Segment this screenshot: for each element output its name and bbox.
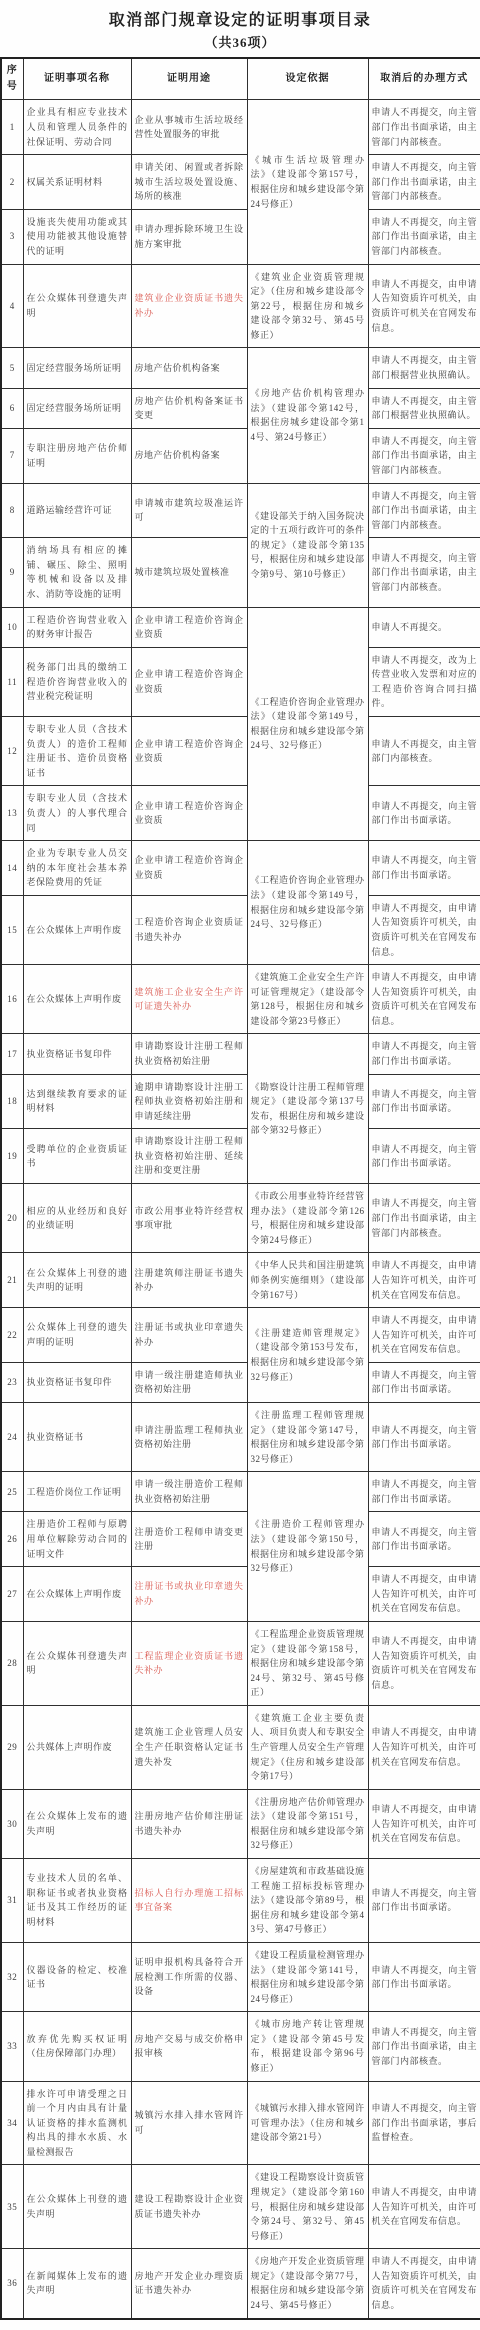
table-row: 12专职专业人员（含技术负责人）的造价工程师注册证书、造价员资格证书企业申请工程… (1, 717, 480, 786)
purpose-cell: 城市建筑垃圾处置核准 (131, 538, 247, 607)
table-row: 28在公众媒体刊登遗失声明工程监理企业资质证书遗失补办《工程监理企业资质管理规定… (1, 1621, 480, 1705)
table-row: 27在公众媒体上声明作废注册证书或执业印章遗失补办申请人不再提交，由申请人告知许… (1, 1567, 480, 1622)
method-cell: 申请人不再提交，由主管部门内部核查。 (368, 717, 480, 786)
col-header-method: 取消后的办理方式 (368, 58, 480, 100)
method-cell: 申请人不再提交，由申请人告知资质许可机关，由资质许可机关在官网发布信息。 (368, 2249, 480, 2319)
purpose-cell: 申请勘察设计注册工程师执业资格初始注册、延续注册和变更注册 (131, 1129, 247, 1184)
purpose-cell: 申请一级注册建造师执业资格初始注册 (131, 1362, 247, 1402)
item-name-cell: 道路运输经营许可证 (23, 483, 131, 538)
table-row: 33放弃优先购买权证明（住房保障部门办理）房地产交易与成交价格申报审核《城市房地… (1, 2012, 480, 2081)
item-name-cell: 在公众媒体上声明作废 (23, 1567, 131, 1622)
table-row: 29公共媒体上声明作废建筑施工企业管理人员安全生产任职资格认定证书遗失补发《建筑… (1, 1705, 480, 1789)
method-cell: 申请人不再提交，向主管部门作出书面承诺。 (368, 1034, 480, 1074)
table-row: 22公众媒体上刊登的遗失声明的证明注册证书或执业印章遗失补办《注册建造师管理规定… (1, 1308, 480, 1363)
item-name-cell: 专职专业人员（含技术负责人）的人事代理合同 (23, 786, 131, 841)
item-name-cell: 在公众媒体上声明作废 (23, 965, 131, 1034)
method-cell: 申请人不再提交，向主管部门作出书面承诺。 (368, 1859, 480, 1943)
item-name-cell: 注册造价工程师与原聘用单位解除劳动合同的证明文件 (23, 1512, 131, 1567)
col-header-basis: 设定依据 (247, 58, 368, 100)
method-cell: 申请人不再提交，改为上传营业收入发票和对应的工程造价咨询合同扫描件。 (368, 647, 480, 716)
table-row: 13专职专业人员（含技术负责人）的人事代理合同企业申请工程造价咨询企业资质申请人… (1, 786, 480, 841)
method-cell: 申请人不再提交，由主管部门根据营业执照确认。 (368, 348, 480, 388)
row-number-cell: 26 (1, 1512, 23, 1567)
row-number-cell: 19 (1, 1129, 23, 1184)
item-name-cell: 执业资格证书复印件 (23, 1034, 131, 1074)
method-cell: 申请人不再提交，向主管部门作出书面承诺，由主管部门内部核查。 (368, 2012, 480, 2081)
row-number-cell: 33 (1, 2012, 23, 2081)
table-row: 31专业技术人员的名单、职称证书或者执业资格证书及其工作经历的证明材料招标人自行… (1, 1859, 480, 1943)
method-cell: 申请人不再提交，由申请人告知许可机关，由许可机关在官网发布信息。 (368, 1705, 480, 1789)
table-row: 20相应的从业经历和良好的业绩证明市政公用事业特许经营权事项审批《市政公用事业特… (1, 1184, 480, 1253)
method-cell: 申请人不再提交，向主管部门作出书面承诺，由主管部门内部核查。 (368, 100, 480, 155)
item-name-cell: 设施丧失使用功能或其使用功能被其他设施替代的证明 (23, 209, 131, 264)
row-number-cell: 8 (1, 483, 23, 538)
row-number-cell: 31 (1, 1859, 23, 1943)
purpose-cell: 房地产估价机构备案 (131, 428, 247, 483)
basis-cell: 《城市生活垃圾管理办法》（建设部令第157号，根据住房和城乡建设部令第24号修正… (247, 100, 368, 264)
basis-cell: 《建筑业企业资质管理规定》（住房和城乡建设部令第22号，根据住房和城乡建设部令第… (247, 264, 368, 348)
table-row: 32仪器设备的检定、校准证书证明申报机构具备符合开展检测工作所需的仪器、设备《建… (1, 1942, 480, 2011)
item-name-cell: 专职注册房地产估价师证明 (23, 428, 131, 483)
item-name-cell: 在公众媒体上发布的遗失声明 (23, 1789, 131, 1858)
basis-cell: 《工程造价咨询企业管理办法》（建设部令第149号，根据住房和城乡建设部令第24号… (247, 607, 368, 841)
purpose-cell: 注册造价工程师申请变更注册 (131, 1512, 247, 1567)
row-number-cell: 11 (1, 647, 23, 716)
basis-cell: 《中华人民共和国注册建筑师条例实施细则》（建设部令第167号） (247, 1253, 368, 1308)
row-number-cell: 7 (1, 428, 23, 483)
row-number-cell: 4 (1, 264, 23, 348)
purpose-cell: 申请勘察设计注册工程师执业资格初始注册 (131, 1034, 247, 1074)
row-number-cell: 15 (1, 895, 23, 964)
method-cell: 申请人不再提交，向主管部门作出书面承诺。 (368, 1472, 480, 1512)
method-cell: 申请人不再提交，向主管部门作出书面承诺，由主管部门内部核查。 (368, 428, 480, 483)
item-name-cell: 在公众媒体上刊登的遗失声明 (23, 2165, 131, 2249)
row-number-cell: 12 (1, 717, 23, 786)
purpose-cell: 申请一级注册造价工程师执业资格初始注册 (131, 1472, 247, 1512)
table-row: 14企业为专职专业人员交纳的本年度社会基本养老保险费用的凭证企业申请工程造价咨询… (1, 841, 480, 896)
table-row: 23执业资格证书复印件申请一级注册建造师执业资格初始注册申请人不再提交，向主管部… (1, 1362, 480, 1402)
table-row: 34排水许可申请受理之日前一个月内由具有计量认证资格的排水监测机构出具的排水水质… (1, 2081, 480, 2165)
method-cell: 申请人不再提交，向主管部门作出书面承诺，由主管部门内部核查。 (368, 1184, 480, 1253)
table-row: 17执业资格证书复印件申请勘察设计注册工程师执业资格初始注册《勘察设计注册工程师… (1, 1034, 480, 1074)
method-cell: 申请人不再提交，由申请人告知资质许可机关，由资质许可机关在官网发布信息。 (368, 1621, 480, 1705)
purpose-cell: 注册证书或执业印章遗失补办 (131, 1567, 247, 1622)
item-name-cell: 固定经营服务场所证明 (23, 348, 131, 388)
purpose-cell: 申请城市建筑垃圾准运许可 (131, 483, 247, 538)
purpose-cell: 城镇污水排入排水管网许可 (131, 2081, 247, 2165)
row-number-cell: 27 (1, 1567, 23, 1622)
row-number-cell: 22 (1, 1308, 23, 1363)
method-cell: 申请人不再提交，由申请人告知许可机关，由许可机关在官网发布信息。 (368, 1308, 480, 1363)
basis-cell: 《工程监理企业资质管理规定》（建设部令第158号，根据住房和城乡建设部令第24号… (247, 1621, 368, 1705)
table-row: 7专职注册房地产估价师证明房地产估价机构备案申请人不再提交，向主管部门作出书面承… (1, 428, 480, 483)
basis-cell: 《城市房地产转让管理规定》（建设部令第45号发布，根据建设部令第96号修正） (247, 2012, 368, 2081)
purpose-cell: 房地产开发企业办理资质证书遗失补办 (131, 2249, 247, 2319)
item-name-cell: 企业具有相应专业技术人员和管理人员条件的社保证明、劳动合同 (23, 100, 131, 155)
table-row: 35在公众媒体上刊登的遗失声明建设工程勘察设计企业资质证书遗失补办《建设工程勘察… (1, 2165, 480, 2249)
method-cell: 申请人不再提交，向主管部门作出书面承诺。 (368, 1512, 480, 1567)
item-name-cell: 执业资格证书复印件 (23, 1362, 131, 1402)
basis-cell: 《建筑施工企业主要负责人、项目负责人和专职安全生产管理人员安全生产管理规定》（住… (247, 1705, 368, 1789)
item-name-cell: 在公众媒体上声明作废 (23, 895, 131, 964)
col-header-purpose: 证明用途 (131, 58, 247, 100)
table-row: 24执业资格证书申请注册监理工程师执业资格初始注册《注册监理工程师管理规定》（建… (1, 1403, 480, 1472)
purpose-cell: 注册房地产估价师注册证书遗失补办 (131, 1789, 247, 1858)
row-number-cell: 2 (1, 155, 23, 210)
basis-cell: 《建筑施工企业安全生产许可证管理规定》（建设部令第128号，根据住房和城乡建设部… (247, 965, 368, 1034)
purpose-cell: 申请关闭、闲置或者拆除城市生活垃圾处置设施、场所的核准 (131, 155, 247, 210)
purpose-cell: 建筑业企业资质证书遗失补办 (131, 264, 247, 348)
item-name-cell: 在公众媒体刊登遗失声明 (23, 1621, 131, 1705)
purpose-cell: 招标人自行办理施工招标事宜备案 (131, 1859, 247, 1943)
method-cell: 申请人不再提交，由申请人告知许可机关，由许可机关在官网发布信息。 (368, 1253, 480, 1308)
row-number-cell: 9 (1, 538, 23, 607)
row-number-cell: 24 (1, 1403, 23, 1472)
purpose-cell: 逾期申请勘察设计注册工程师执业资格初始注册和申请延续注册 (131, 1074, 247, 1129)
item-name-cell: 公众媒体上刊登的遗失声明的证明 (23, 1308, 131, 1363)
table-row: 36在新闻媒体上发布的遗失声明房地产开发企业办理资质证书遗失补办《房地产开发企业… (1, 2249, 480, 2319)
row-number-cell: 20 (1, 1184, 23, 1253)
table-row: 3设施丧失使用功能或其使用功能被其他设施替代的证明申请办理拆除环境卫生设施方案审… (1, 209, 480, 264)
col-header-no: 序号 (1, 58, 23, 100)
item-name-cell: 排水许可申请受理之日前一个月内由具有计量认证资格的排水监测机构出具的排水水质、水… (23, 2081, 131, 2165)
table-row: 2权属关系证明材料申请关闭、闲置或者拆除城市生活垃圾处置设施、场所的核准申请人不… (1, 155, 480, 210)
table-row: 1企业具有相应专业技术人员和管理人员条件的社保证明、劳动合同企业从事城市生活垃圾… (1, 100, 480, 155)
item-name-cell: 在公众媒体刊登遗失声明 (23, 264, 131, 348)
row-number-cell: 21 (1, 1253, 23, 1308)
item-name-cell: 企业为专职专业人员交纳的本年度社会基本养老保险费用的凭证 (23, 841, 131, 896)
purpose-cell: 申请注册监理工程师执业资格初始注册 (131, 1403, 247, 1472)
purpose-cell: 企业申请工程造价咨询企业资质 (131, 786, 247, 841)
row-number-cell: 25 (1, 1472, 23, 1512)
basis-cell: 《注册建造师管理规定》（建设部令第153号发布，根据住房和城乡建设部令第32号修… (247, 1308, 368, 1403)
method-cell: 申请人不再提交，由申请人告知许可机关，由许可机关在官网发布信息。 (368, 2165, 480, 2249)
row-number-cell: 34 (1, 2081, 23, 2165)
table-header: 序号 证明事项名称 证明用途 设定依据 取消后的办理方式 (1, 58, 480, 100)
item-name-cell: 执业资格证书 (23, 1403, 131, 1472)
purpose-cell: 企业申请工程造价咨询企业资质 (131, 841, 247, 896)
table-row: 6固定经营服务场所证明房地产估价机构备案证书变更申请人不再提交，由主管部门根据营… (1, 388, 480, 428)
row-number-cell: 17 (1, 1034, 23, 1074)
item-name-cell: 达到继续教育要求的证明材料 (23, 1074, 131, 1129)
item-name-cell: 权属关系证明材料 (23, 155, 131, 210)
row-number-cell: 6 (1, 388, 23, 428)
table-row: 5固定经营服务场所证明房地产估价机构备案《房地产估价机构管理办法》（建设部令第1… (1, 348, 480, 388)
table-row: 15在公众媒体上声明作废工程造价咨询企业资质证书遗失补办申请人不再提交，由申请人… (1, 895, 480, 964)
basis-cell: 《建设工程勘察设计资质管理规定》（建设部令第160号，根据住房和城乡建设部令第2… (247, 2165, 368, 2249)
table-row: 26注册造价工程师与原聘用单位解除劳动合同的证明文件注册造价工程师申请变更注册申… (1, 1512, 480, 1567)
item-name-cell: 放弃优先购买权证明（住房保障部门办理） (23, 2012, 131, 2081)
purpose-cell: 企业申请工程造价咨询企业资质 (131, 607, 247, 647)
row-number-cell: 30 (1, 1789, 23, 1858)
table-row: 9消纳场具有相应的摊铺、碾压、除尘、照明等机械和设备以及排水、消防等设施的证明城… (1, 538, 480, 607)
basis-cell: 《市政公用事业特许经营管理办法》（建设部令第126号，根据住房和城乡建设部令第2… (247, 1184, 368, 1253)
row-number-cell: 5 (1, 348, 23, 388)
basis-cell: 《城镇污水排入排水管网许可管理办法》（住房和城乡建设部令第21号） (247, 2081, 368, 2165)
purpose-cell: 房地产估价机构备案 (131, 348, 247, 388)
method-cell: 申请人不再提交，向主管部门作出书面承诺，事后监督检查。 (368, 2081, 480, 2165)
row-number-cell: 13 (1, 786, 23, 841)
document-page: 取消部门规章设定的证明事项目录 （共36项） 序号 证明事项名称 证明用途 设定… (0, 0, 480, 2330)
table-row: 18达到继续教育要求的证明材料逾期申请勘察设计注册工程师执业资格初始注册和申请延… (1, 1074, 480, 1129)
item-name-cell: 相应的从业经历和良好的业绩证明 (23, 1184, 131, 1253)
table-row: 21在公众媒体上刊登的遗失声明的证明注册建筑师注册证书遗失补办《中华人民共和国注… (1, 1253, 480, 1308)
method-cell: 申请人不再提交，向主管部门作出书面承诺，由主管部门内部核查。 (368, 483, 480, 538)
purpose-cell: 工程造价咨询企业资质证书遗失补办 (131, 895, 247, 964)
catalog-table: 序号 证明事项名称 证明用途 设定依据 取消后的办理方式 1企业具有相应专业技术… (0, 57, 480, 2320)
item-name-cell: 工程造价岗位工作证明 (23, 1472, 131, 1512)
purpose-cell: 注册证书或执业印章遗失补办 (131, 1308, 247, 1363)
purpose-cell: 房地产估价机构备案证书变更 (131, 388, 247, 428)
basis-cell: 《勘察设计注册工程师管理规定》（建设部令第137号发布，根据住房和城乡建设部令第… (247, 1034, 368, 1184)
method-cell: 申请人不再提交，向主管部门作出书面承诺。 (368, 786, 480, 841)
purpose-cell: 注册建筑师注册证书遗失补办 (131, 1253, 247, 1308)
method-cell: 申请人不再提交，由申请人告知资质许可机关，由资质许可机关在官网发布信息。 (368, 264, 480, 348)
row-number-cell: 1 (1, 100, 23, 155)
method-cell: 申请人不再提交，向主管部门作出书面承诺。 (368, 841, 480, 896)
method-cell: 申请人不再提交，由申请人告知资质许可机关，由资质许可机关在官网发布信息。 (368, 895, 480, 964)
item-name-cell: 消纳场具有相应的摊铺、碾压、除尘、照明等机械和设备以及排水、消防等设施的证明 (23, 538, 131, 607)
row-number-cell: 18 (1, 1074, 23, 1129)
row-number-cell: 32 (1, 1942, 23, 2011)
method-cell: 申请人不再提交，向主管部门作出书面承诺。 (368, 1403, 480, 1472)
header-row: 序号 证明事项名称 证明用途 设定依据 取消后的办理方式 (1, 58, 480, 100)
table-row: 25工程造价岗位工作证明申请一级注册造价工程师执业资格初始注册《注册造价工程师管… (1, 1472, 480, 1512)
purpose-cell: 市政公用事业特许经营权事项审批 (131, 1184, 247, 1253)
table-row: 11税务部门出具的缴纳工程造价咨询营业收入的营业税完税证明企业申请工程造价咨询企… (1, 647, 480, 716)
table-row: 4在公众媒体刊登遗失声明建筑业企业资质证书遗失补办《建筑业企业资质管理规定》（住… (1, 264, 480, 348)
basis-cell: 《房地产估价机构管理办法》（建设部令第142号，根据住房城乡建设部令第14号、第… (247, 348, 368, 483)
col-header-item-name: 证明事项名称 (23, 58, 131, 100)
method-cell: 申请人不再提交，向主管部门作出书面承诺。 (368, 1362, 480, 1402)
item-name-cell: 工程造价咨询营业收入的财务审计报告 (23, 607, 131, 647)
row-number-cell: 28 (1, 1621, 23, 1705)
method-cell: 申请人不再提交。 (368, 607, 480, 647)
row-number-cell: 10 (1, 607, 23, 647)
method-cell: 申请人不再提交，由申请人告知资质许可机关，由资质许可机关在官网发布信息。 (368, 965, 480, 1034)
purpose-cell: 房地产交易与成交价格申报审核 (131, 2012, 247, 2081)
item-name-cell: 在公众媒体上刊登的遗失声明的证明 (23, 1253, 131, 1308)
basis-cell: 《注册监理工程师管理规定》（建设部令第147号，根据住房和城乡建设部令第32号修… (247, 1403, 368, 1472)
page-title: 取消部门规章设定的证明事项目录 （共36项） (0, 7, 480, 51)
method-cell: 申请人不再提交，向主管部门作出书面承诺，由主管部门内部核查。 (368, 209, 480, 264)
purpose-cell: 申请办理拆除环境卫生设施方案审批 (131, 209, 247, 264)
item-name-cell: 受聘单位的企业资质证书 (23, 1129, 131, 1184)
row-number-cell: 23 (1, 1362, 23, 1402)
purpose-cell: 企业申请工程造价咨询企业资质 (131, 647, 247, 716)
method-cell: 申请人不再提交，向主管部门作出书面承诺。 (368, 1129, 480, 1184)
title-line-1: 取消部门规章设定的证明事项目录 (0, 7, 480, 30)
row-number-cell: 16 (1, 965, 23, 1034)
item-name-cell: 专职专业人员（含技术负责人）的造价工程师注册证书、造价员资格证书 (23, 717, 131, 786)
method-cell: 申请人不再提交，由主管部门根据营业执照确认。 (368, 388, 480, 428)
method-cell: 申请人不再提交，由申请人告知许可机关，由许可机关在官网发布信息。 (368, 1789, 480, 1858)
item-name-cell: 在新闻媒体上发布的遗失声明 (23, 2249, 131, 2319)
basis-cell: 《房屋建筑和市政基础设施工程施工招标投标管理办法》（建设部令第89号，根据住房和… (247, 1859, 368, 1943)
row-number-cell: 36 (1, 2249, 23, 2319)
item-name-cell: 仪器设备的检定、校准证书 (23, 1942, 131, 2011)
item-name-cell: 税务部门出具的缴纳工程造价咨询营业收入的营业税完税证明 (23, 647, 131, 716)
table-row: 19受聘单位的企业资质证书申请勘察设计注册工程师执业资格初始注册、延续注册和变更… (1, 1129, 480, 1184)
item-name-cell: 公共媒体上声明作废 (23, 1705, 131, 1789)
method-cell: 申请人不再提交，向主管部门作出书面承诺，由主管部门内部核查。 (368, 155, 480, 210)
table-row: 16在公众媒体上声明作废建筑施工企业安全生产许可证遗失补办《建筑施工企业安全生产… (1, 965, 480, 1034)
basis-cell: 《注册房地产估价师管理办法》（建设部令第151号，根据住房和城乡建设部令第32号… (247, 1789, 368, 1858)
purpose-cell: 建筑施工企业安全生产许可证遗失补办 (131, 965, 247, 1034)
purpose-cell: 企业从事城市生活垃圾经营性处置服务的审批 (131, 100, 247, 155)
table-row: 8道路运输经营许可证申请城市建筑垃圾准运许可《建设部关于纳入国务院决定的十五项行… (1, 483, 480, 538)
purpose-cell: 建设工程勘察设计企业资质证书遗失补办 (131, 2165, 247, 2249)
table-row: 30在公众媒体上发布的遗失声明注册房地产估价师注册证书遗失补办《注册房地产估价师… (1, 1789, 480, 1858)
row-number-cell: 35 (1, 2165, 23, 2249)
purpose-cell: 证明申报机构具备符合开展检测工作所需的仪器、设备 (131, 1942, 247, 2011)
item-name-cell: 专业技术人员的名单、职称证书或者执业资格证书及其工作经历的证明材料 (23, 1859, 131, 1943)
method-cell: 申请人不再提交，向主管部门作出书面承诺。 (368, 1942, 480, 2011)
basis-cell: 《建设工程质量检测管理办法》（建设部令第141号，根据住房和城乡建设部令第24号… (247, 1942, 368, 2011)
row-number-cell: 3 (1, 209, 23, 264)
item-name-cell: 固定经营服务场所证明 (23, 388, 131, 428)
row-number-cell: 14 (1, 841, 23, 896)
purpose-cell: 建筑施工企业管理人员安全生产任职资格认定证书遗失补发 (131, 1705, 247, 1789)
purpose-cell: 工程监理企业资质证书遗失补办 (131, 1621, 247, 1705)
method-cell: 申请人不再提交，由申请人告知许可机关，由许可机关在官网发布信息。 (368, 1567, 480, 1622)
basis-cell: 《注册造价工程师管理办法》（建设部令第150号，根据住房和城乡建设部令第32号修… (247, 1472, 368, 1622)
basis-cell: 《建设部关于纳入国务院决定的十五项行政许可的条件的规定》（建设部令第135号，根… (247, 483, 368, 607)
method-cell: 申请人不再提交，向主管部门作出书面承诺。 (368, 1074, 480, 1129)
basis-cell: 《工程造价咨询企业管理办法》（建设部令第149号，根据住房和城乡建设部令第24号… (247, 841, 368, 965)
purpose-cell: 企业申请工程造价咨询企业资质 (131, 717, 247, 786)
basis-cell: 《房地产开发企业资质管理规定》（建设部令第77号，根据住房和城乡建设部令第24号… (247, 2249, 368, 2319)
table-row: 10工程造价咨询营业收入的财务审计报告企业申请工程造价咨询企业资质《工程造价咨询… (1, 607, 480, 647)
method-cell: 申请人不再提交，向主管部门作出书面承诺，由主管部门内部核查。 (368, 538, 480, 607)
catalog-table-body: 1企业具有相应专业技术人员和管理人员条件的社保证明、劳动合同企业从事城市生活垃圾… (1, 100, 480, 2319)
row-number-cell: 29 (1, 1705, 23, 1789)
title-line-2: （共36项） (0, 32, 480, 51)
